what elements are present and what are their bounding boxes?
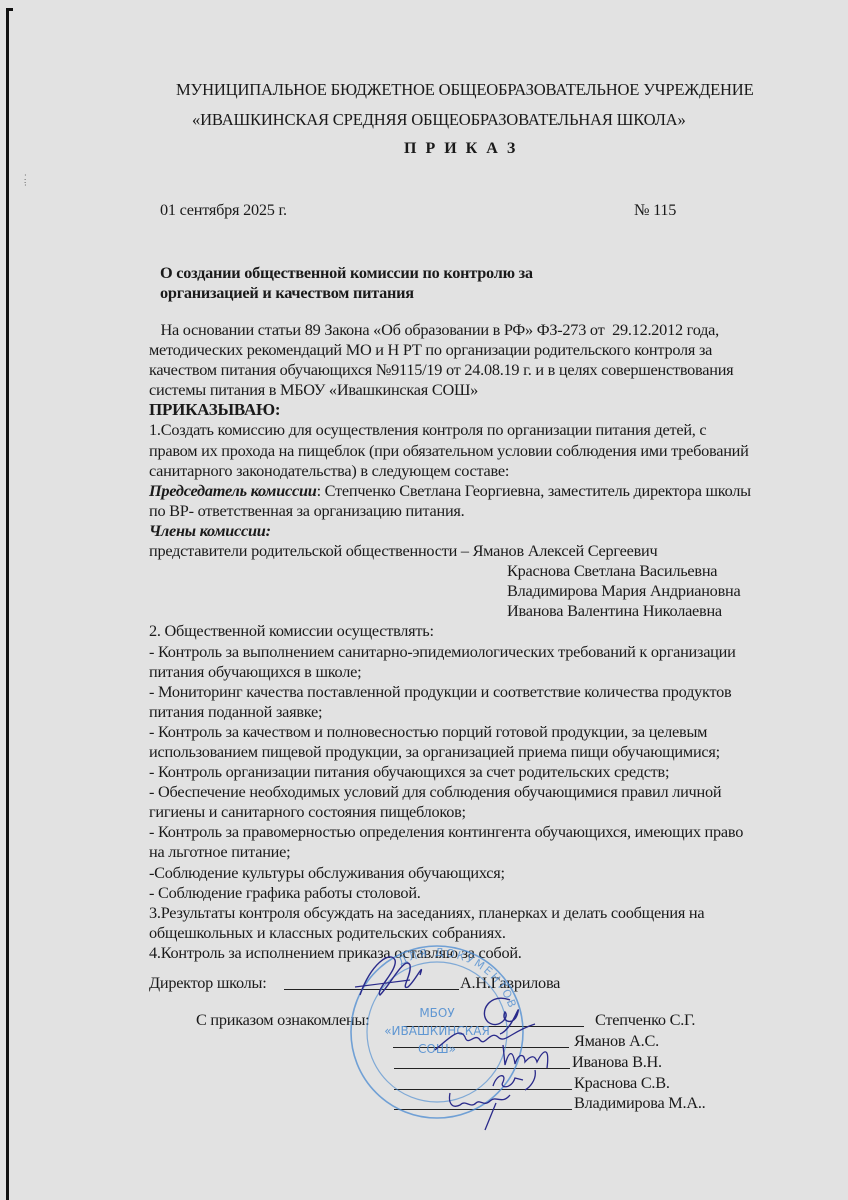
signature-vladimirova-icon [440,1085,520,1133]
item2-line: - Контроль организации питания обучающих… [149,762,829,782]
chair-text: : Степченко Светлана Георгиевна, замести… [317,481,751,500]
institution-line-2: «ИВАШКИНСКАЯ СРЕДНЯЯ ОБЩЕОБРАЗОВАТЕЛЬНАЯ… [192,110,686,130]
item2-line: - Соблюдение графика работы столовой. [149,883,829,903]
document-type-title: П Р И К А З [404,140,518,158]
margin-marks: ·:· [24,173,27,188]
chair-label: Председатель комиссии [149,481,317,500]
director-label: Директор школы: [149,973,267,993]
chair-line: Председатель комиссии: Степченко Светлан… [149,481,829,501]
preamble-line: методических рекомендаций МО и Н РТ по о… [149,340,829,360]
ack-name: Краснова С.В. [574,1073,670,1093]
item1-line: 1.Создать комиссию для осуществления кон… [149,420,829,440]
item2-line: питания обучающихся в школе; [149,662,829,682]
member-name: Владимирова Мария Андриановна [149,581,829,601]
member-name: Краснова Светлана Васильевна [149,561,829,581]
item2-heading: 2. Общественной комиссии осуществлять: [149,621,829,641]
item2-line: - Обеспечение необходимых условий для со… [149,782,829,802]
item3-line: 3.Результаты контроля обсуждать на засед… [149,903,829,923]
item2-line: гигиены и санитарного состояния пищеблок… [149,802,829,822]
chair-line-2: по ВР- ответственная за организацию пита… [149,501,829,521]
item2-line: - Мониторинг качества поставленной проду… [149,682,829,702]
preamble-line: На основании статьи 89 Закона «Об образо… [149,320,829,340]
item2-line: -Соблюдение культуры обслуживания обучаю… [149,863,829,883]
preamble-line: качеством питания обучающихся №9115/19 о… [149,360,829,380]
ack-name: Степченко С.Г. [595,1010,695,1030]
item2-line: на льготное питание; [149,842,829,862]
item2-line: питания поданной заявке; [149,702,829,722]
ack-name: Иванова В.Н. [572,1052,662,1072]
item2-line: - Контроль за выполнением санитарно-эпид… [149,642,829,662]
item1-line: санитарного законодательства) в следующе… [149,461,829,481]
order-body: На основании статьи 89 Закона «Об образо… [149,320,829,963]
scan-edge-corner [6,8,13,11]
item2-line: - Контроль за правомерностью определения… [149,822,829,842]
ack-name: Владимирова М.А.. [574,1093,705,1113]
ack-name: Яманов А.С. [574,1031,659,1051]
order-number: № 115 [634,200,676,220]
scan-edge-line [6,8,9,1200]
member-name: Яманов Алексей Сергеевич [473,541,658,560]
members-group: представители родительской общественност… [149,541,473,560]
members-label: Члены комиссии: [149,521,829,541]
members-line: представители родительской общественност… [149,541,829,561]
order-subject-line-2: организацией и качеством питания [160,283,414,303]
item2-line: использованием пищевой продукции, за орг… [149,742,829,762]
institution-line-1: МУНИЦИПАЛЬНОЕ БЮДЖЕТНОЕ ОБЩЕОБРАЗОВАТЕЛЬ… [176,80,754,100]
director-signature-icon [350,945,440,1015]
item2-line: - Контроль за качеством и полновесностью… [149,722,829,742]
member-name: Иванова Валентина Николаевна [149,601,829,621]
acknowledged-label: С приказом ознакомлены: [196,1010,369,1030]
order-date: 01 сентября 2025 г. [160,200,287,220]
order-subject-line-1: О создании общественной комиссии по конт… [160,263,533,283]
order-word: ПРИКАЗЫВАЮ: [149,400,829,420]
item1-line: правом их прохода на пищеблок (при обяза… [149,441,829,461]
preamble-line: системы питания в МБОУ «Ивашкинская СОШ» [149,380,829,400]
